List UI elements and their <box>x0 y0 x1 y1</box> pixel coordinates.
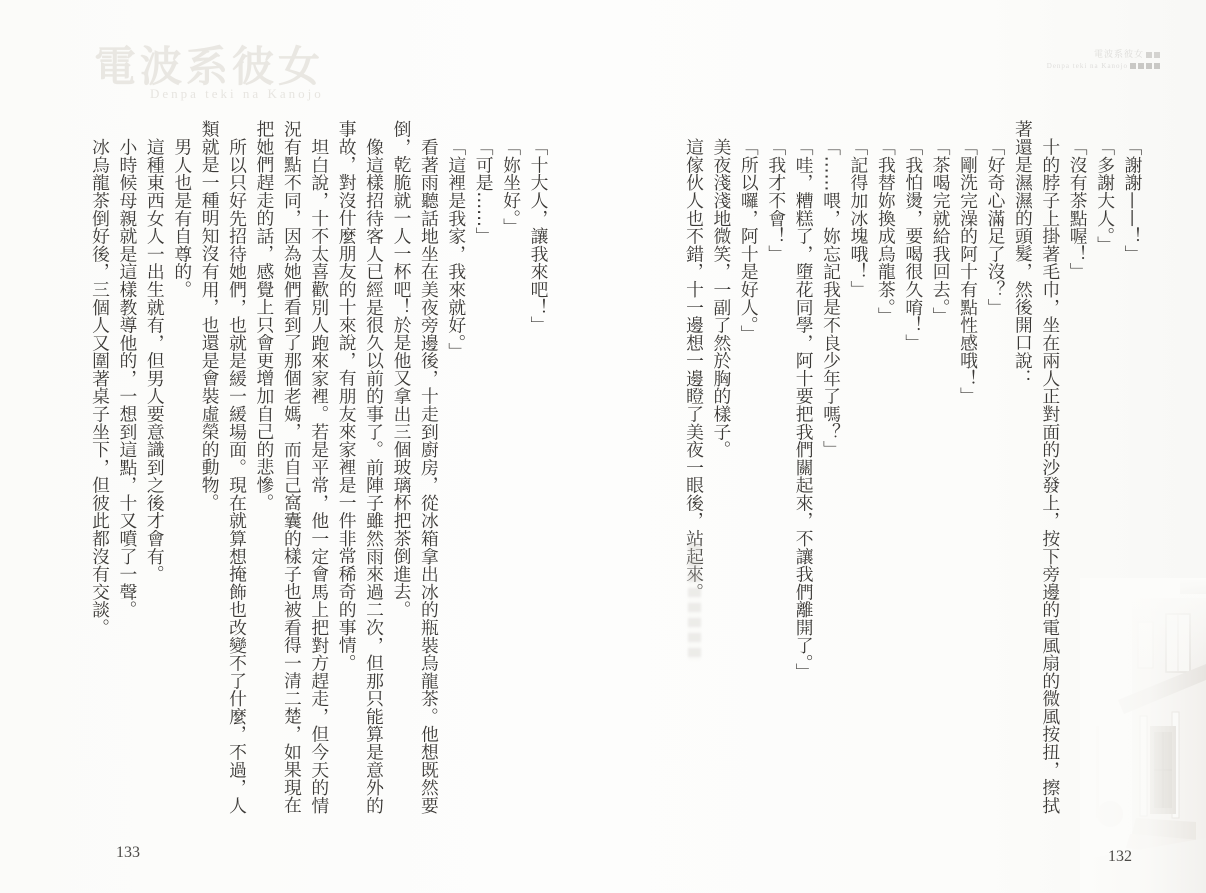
running-head-title-text: 電波系彼女 <box>1094 50 1144 60</box>
paragraph: 這傢伙人也不錯，十一邊想一邊瞪了美夜一眼後，站起來。 <box>680 120 707 818</box>
paragraph: 看著雨聽話地坐在美夜旁邊後，十走到廚房，從冰箱拿出冰的瓶裝烏龍茶。他想既然要倒，… <box>388 120 443 818</box>
header-mark-square <box>1146 52 1152 58</box>
paragraph: 美夜淺淺地微笑，一副了然於胸的樣子。 <box>708 120 735 818</box>
paragraph: 「好奇心滿足了沒？」 <box>982 120 1009 818</box>
paragraph: 「妳坐好。」 <box>497 120 524 818</box>
paragraph: 小時候母親就是這樣教導他的，一想到這點，十又噴了一聲。 <box>114 120 141 818</box>
header-mark-square <box>1138 63 1144 69</box>
running-head-title: 電波系彼女 <box>1047 50 1160 61</box>
book-scan-spread: 電波系彼女 Denpa teki na Kanojo 電波系彼女 Denpa t… <box>0 0 1206 893</box>
page-left-text: 「十大人，讓我來吧！」 「妳坐好。」 「可是……」 「這裡是我家，我來就好。」 … <box>86 120 552 818</box>
running-head-subtitle: Denpa teki na Kanojo <box>1047 61 1160 72</box>
paragraph: 「我怕燙，要喝很久唷！」 <box>899 120 926 818</box>
page-number-left: 133 <box>116 844 140 862</box>
paragraph: 坦白說，十不太喜歡別人跑來家裡。若是平常，他一定會馬上把對方趕走，但今天的情況有… <box>251 120 333 818</box>
series-logo-subtitle: Denpa teki na Kanojo <box>150 86 324 102</box>
paragraph: 「所以囉，阿十是好人。」 <box>735 120 762 818</box>
paragraph: 男人也是有自尊的。 <box>168 120 195 818</box>
paragraph: 這種東西女人一出生就有，但男人要意識到之後才會有。 <box>141 120 168 818</box>
paragraph: 「十大人，讓我來吧！」 <box>525 120 552 818</box>
header-mark-square <box>1154 52 1160 58</box>
paragraph: 所以只好先招待她們，也就是緩一緩場面。現在就算想掩飾也改變不了什麼，不過，人類就… <box>196 120 251 818</box>
header-mark-square <box>1154 63 1160 69</box>
paragraph: 「茶喝完就給我回去。」 <box>927 120 954 818</box>
paragraph: 冰烏龍茶倒好後，三個人又圍著桌子坐下，但彼此都沒有交談。 <box>86 120 113 818</box>
header-mark-square <box>1146 63 1152 69</box>
paragraph: 「剛洗完澡的阿十有點性感哦！」 <box>954 120 981 818</box>
paragraph: 「我替妳換成烏龍茶。」 <box>872 120 899 818</box>
background-photo-house <box>1080 578 1206 893</box>
paragraph: 像這樣招待客人已經是很久以前的事了。前陣子雖然雨來過二次，但那只能算是意外的事故… <box>333 120 388 818</box>
running-head-subtitle-text: Denpa teki na Kanojo <box>1047 62 1128 70</box>
paragraph: 「……喂，妳忘記我是不良少年了嗎？」 <box>817 120 844 818</box>
paragraph: 「哇，糟糕了，墮花同學，阿十要把我們關起來，不讓我們離開了。」 <box>790 120 817 818</box>
header-mark-square <box>1130 63 1136 69</box>
page-right-text: 「謝謝——！」 「多謝大人。」 「沒有茶點喔！」 十的脖子上掛著毛巾，坐在兩人正… <box>680 120 1146 818</box>
running-head: 電波系彼女 Denpa teki na Kanojo <box>1047 50 1160 72</box>
page-number-right: 132 <box>1108 848 1132 866</box>
paragraph: 十的脖子上掛著毛巾，坐在兩人正對面的沙發上，按下旁邊的電風扇的微風按扭，擦拭著還… <box>1009 120 1064 818</box>
paragraph: 「記得加冰塊哦！」 <box>845 120 872 818</box>
paragraph: 「我才不會！」 <box>762 120 789 818</box>
ink-bleed-smudge <box>688 543 701 661</box>
series-logo-title: 電波系彼女 <box>94 34 324 94</box>
paragraph: 「可是……」 <box>470 120 497 818</box>
paragraph: 「這裡是我家，我來就好。」 <box>442 120 469 818</box>
